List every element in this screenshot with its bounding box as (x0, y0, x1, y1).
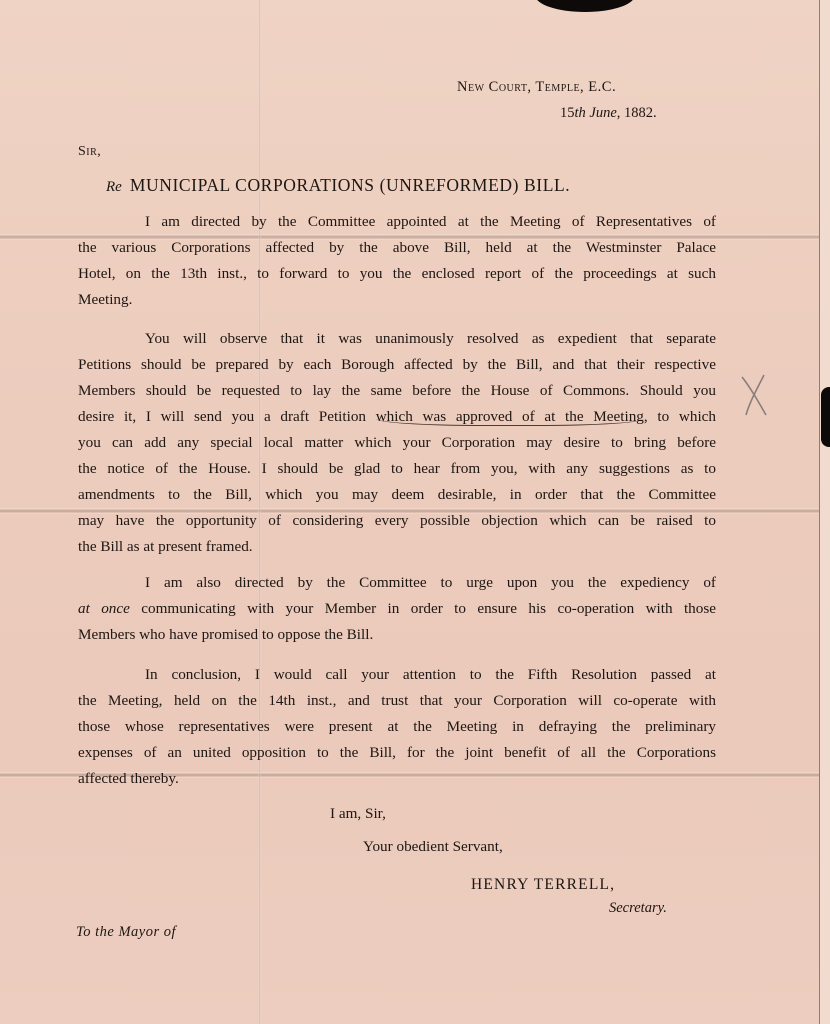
letter-heading: ReMUNICIPAL CORPORATIONS (UNREFORMED) BI… (106, 172, 570, 200)
paragraph-line: at once communicating with your Member i… (78, 596, 716, 622)
emphasis-at-once: at once (78, 600, 130, 617)
paragraph-line: You will observe that it was unanimously… (78, 326, 716, 352)
paragraph-line: those whose representatives were present… (78, 714, 716, 740)
paragraph-line: Hotel, on the 13th inst., to forward to … (78, 261, 716, 287)
pencil-x-mark-icon (740, 373, 770, 417)
closing-valediction: Your obedient Servant, (363, 834, 503, 860)
paragraph-line: Meeting. (78, 287, 716, 313)
paragraph-line: the various Corporations affected by the… (78, 235, 716, 261)
paper-tear-top (535, 0, 635, 12)
paragraph-line: desire it, I will send you a draft Petit… (78, 404, 716, 430)
paragraph-line: the Meeting, held on the 14th inst., and… (78, 688, 716, 714)
paragraph-line: expenses of an united opposition to the … (78, 740, 716, 766)
pencil-underlined-phrase: which was approved of at the Meeting (376, 408, 644, 426)
date-year: , 1882. (617, 105, 657, 121)
heading-prefix: Re (106, 179, 122, 195)
paragraph-line: affected thereby. (78, 766, 716, 792)
paper-edge (819, 0, 830, 1024)
date-day: 15 (560, 105, 575, 121)
paper-tear-right (821, 387, 830, 447)
salutation: Sir, (78, 139, 101, 165)
signature-name: HENRY TERRELL, (471, 872, 615, 898)
line-segment: desire it, I will send you a draft Petit… (78, 408, 366, 425)
letterhead-address: New Court, Temple, E.C. (457, 74, 616, 100)
paragraph-line: may have the opportunity of considering … (78, 508, 716, 534)
paragraph-1: I am directed by the Committee appointed… (78, 209, 716, 313)
signature-title: Secretary. (609, 895, 667, 921)
letter-date: 15th June, 1882. (560, 100, 657, 126)
closing-line: I am, Sir, (330, 801, 386, 827)
paragraph-2: You will observe that it was unanimously… (78, 326, 716, 560)
paragraph-line: Members who have promised to oppose the … (78, 622, 716, 648)
paragraph-4: In conclusion, I would call your attenti… (78, 662, 716, 792)
paragraph-line: I am directed by the Committee appointed… (78, 209, 716, 235)
paragraph-line: amendments to the Bill, which you may de… (78, 482, 716, 508)
line-segment: , to which (644, 408, 716, 425)
heading-title: MUNICIPAL CORPORATIONS (UNREFORMED) BILL… (130, 175, 570, 195)
letter-page: New Court, Temple, E.C. 15th June, 1882.… (0, 0, 830, 1024)
date-month: June (589, 105, 616, 121)
paragraph-line: the Bill as at present framed. (78, 534, 716, 560)
addressee: To the Mayor of (76, 919, 176, 945)
paragraph-line: the notice of the House. I should be gla… (78, 456, 716, 482)
paragraph-line: Petitions should be prepared by each Bor… (78, 352, 716, 378)
paragraph-line: you can add any special local matter whi… (78, 430, 716, 456)
date-suffix: th (575, 105, 586, 121)
paragraph-line: In conclusion, I would call your attenti… (78, 662, 716, 688)
line-segment: communicating with your Member in order … (130, 600, 716, 617)
paragraph-line: Members should be requested to lay the s… (78, 378, 716, 404)
paragraph-3: I am also directed by the Committee to u… (78, 570, 716, 648)
paragraph-line: I am also directed by the Committee to u… (78, 570, 716, 596)
